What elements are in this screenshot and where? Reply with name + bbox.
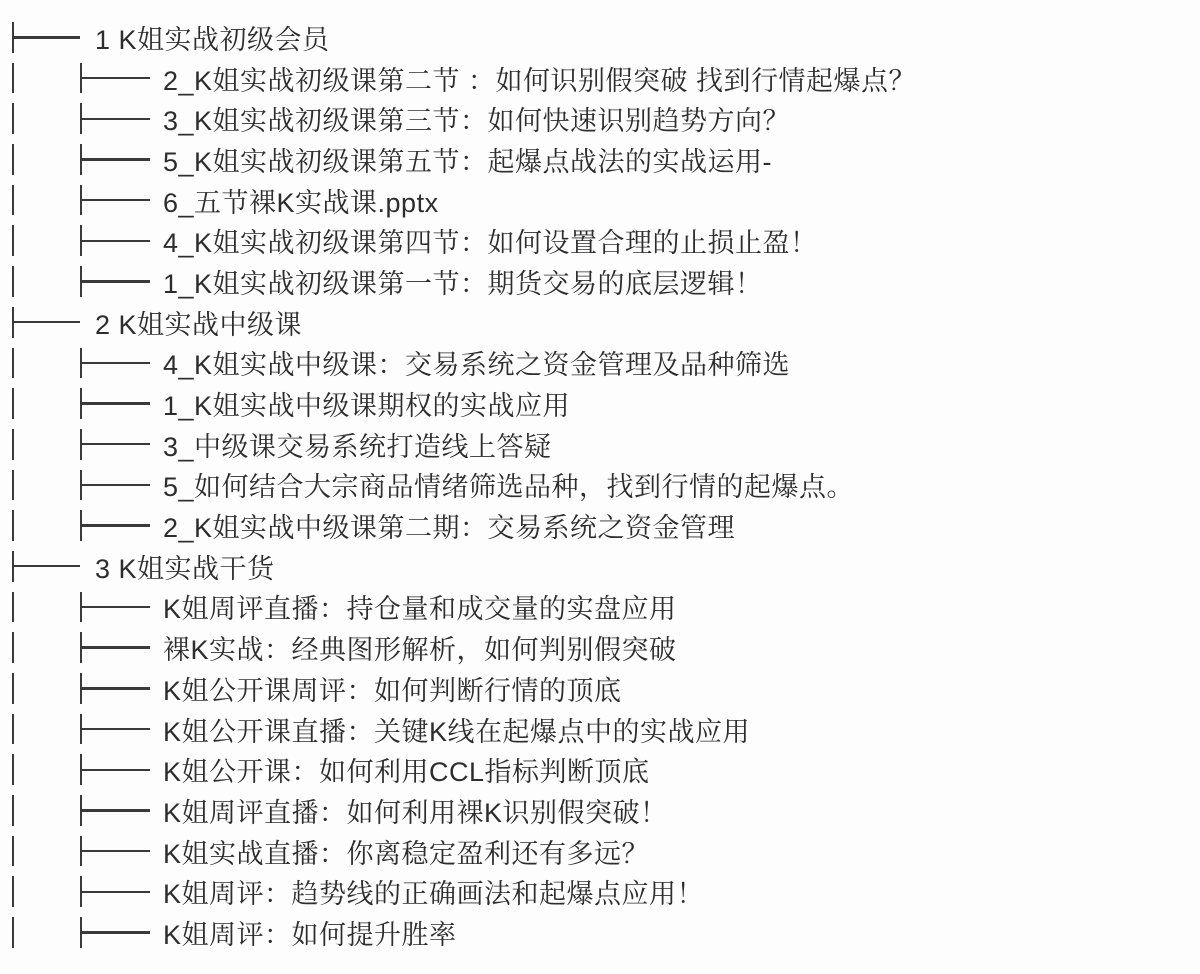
file-label: 2_K姐实战中级课第二期：交易系统之资金管理 [163,506,735,545]
tree-pipe-icon [12,876,14,907]
tree-branch-icon [80,795,82,826]
tree-branch-icon [80,876,82,907]
file-label: 1_K姐实战初级课第一节：期货交易的底层逻辑！ [163,262,763,301]
tree-branch-icon [12,22,14,53]
tree-file-row: K姐公开课直播：关键K线在起爆点中的实战应用 [0,709,1200,750]
file-label: 4_K姐实战初级课第四节：如何设置合理的止损止盈！ [163,221,818,260]
tree-pipe-icon [12,185,14,216]
tree-branch-icon [80,103,82,134]
tree-file-row: 4_K姐实战中级课：交易系统之资金管理及品种筛选 [0,343,1200,384]
file-tree: 1 K姐实战初级会员 2_K姐实战初级课第二节 ：如何识别假突破 找到行情起爆点… [0,0,1200,953]
folder-label: 3 K姐实战干货 [95,547,275,586]
tree-pipe-icon [12,470,14,501]
tree-file-row: K姐周评直播：如何利用裸K识别假突破！ [0,790,1200,831]
tree-file-row: K姐周评：如何提升胜率 [0,912,1200,953]
tree-branch-icon [80,266,82,297]
tree-file-row: 1_K姐实战初级课第一节：期货交易的底层逻辑！ [0,261,1200,302]
tree-pipe-icon [12,754,14,785]
tree-file-row: 5_K姐实战初级课第五节：起爆点战法的实战运用- [0,139,1200,180]
tree-pipe-icon [12,266,14,297]
file-label: K姐公开课：如何利用CCL指标判断顶底 [163,750,650,789]
tree-branch-icon [80,225,82,256]
tree-pipe-icon [12,714,14,745]
tree-file-row: 2_K姐实战初级课第二节 ：如何识别假突破 找到行情起爆点？ [0,58,1200,99]
file-label: 2_K姐实战初级课第二节 ：如何识别假突破 找到行情起爆点？ [163,59,916,98]
tree-pipe-icon [12,144,14,175]
tree-file-row: K姐周评直播：持仓量和成交量的实盘应用 [0,587,1200,628]
tree-branch-icon [80,510,82,541]
tree-pipe-icon [12,103,14,134]
tree-file-row: 3_中级课交易系统打造线上答疑 [0,424,1200,465]
file-label: K姐公开课直播：关键K线在起爆点中的实战应用 [163,710,750,749]
tree-file-row: 3_K姐实战初级课第三节：如何快速识别趋势方向？ [0,98,1200,139]
tree-file-row: K姐公开课：如何利用CCL指标判断顶底 [0,749,1200,790]
tree-branch-icon [80,714,82,745]
tree-pipe-icon [12,348,14,379]
tree-branch-icon [80,144,82,175]
tree-branch-icon [80,348,82,379]
file-label: 1_K姐实战中级课期权的实战应用 [163,384,570,423]
tree-file-row: K姐实战直播：你离稳定盈利还有多远？ [0,831,1200,872]
tree-branch-icon [12,551,14,582]
tree-pipe-icon [12,632,14,663]
file-label: 3_中级课交易系统打造线上答疑 [163,425,552,464]
file-label: 4_K姐实战中级课：交易系统之资金管理及品种筛选 [163,343,790,382]
tree-branch-icon [12,307,14,338]
folder-label: 1 K姐实战初级会员 [95,18,330,57]
tree-file-row: 5_如何结合大宗商品情绪筛选品种，找到行情的起爆点。 [0,465,1200,506]
tree-branch-icon [80,185,82,216]
file-label: K姐周评：趋势线的正确画法和起爆点应用！ [163,872,704,911]
file-label: K姐周评直播：持仓量和成交量的实盘应用 [163,587,677,626]
tree-folder-row: 2 K姐实战中级课 [0,302,1200,343]
tree-pipe-icon [12,917,14,948]
tree-folder-row: 3 K姐实战干货 [0,546,1200,587]
file-label: K姐实战直播：你离稳定盈利还有多远？ [163,832,649,871]
tree-branch-icon [80,63,82,94]
file-label: 6_五节裸K实战课.pptx [163,181,439,220]
tree-branch-icon [80,470,82,501]
tree-pipe-icon [12,592,14,623]
tree-branch-icon [80,917,82,948]
tree-branch-icon [80,754,82,785]
tree-branch-icon [80,673,82,704]
tree-file-row: 4_K姐实战初级课第四节：如何设置合理的止损止盈！ [0,220,1200,261]
file-label: K姐公开课周评：如何判断行情的顶底 [163,669,622,708]
tree-branch-icon [80,429,82,460]
tree-branch-icon [80,632,82,663]
file-label: K姐周评直播：如何利用裸K识别假突破！ [163,791,668,830]
tree-pipe-icon [12,673,14,704]
file-label: 3_K姐实战初级课第三节：如何快速识别趋势方向？ [163,99,790,138]
file-label: K姐周评：如何提升胜率 [163,913,457,952]
file-label: 裸K实战：经典图形解析，如何判别假突破 [163,628,677,667]
tree-branch-icon [80,836,82,867]
tree-pipe-icon [12,225,14,256]
tree-file-row: K姐周评：趋势线的正确画法和起爆点应用！ [0,871,1200,912]
tree-pipe-icon [12,388,14,419]
file-label: 5_K姐实战初级课第五节：起爆点战法的实战运用- [163,140,772,179]
tree-pipe-icon [12,63,14,94]
tree-file-row: 2_K姐实战中级课第二期：交易系统之资金管理 [0,505,1200,546]
tree-folder-row: 1 K姐实战初级会员 [0,17,1200,58]
tree-file-row: 1_K姐实战中级课期权的实战应用 [0,383,1200,424]
tree-pipe-icon [12,429,14,460]
tree-pipe-icon [12,510,14,541]
tree-file-row: 6_五节裸K实战课.pptx [0,180,1200,221]
tree-file-row: 裸K实战：经典图形解析，如何判别假突破 [0,627,1200,668]
tree-pipe-icon [12,836,14,867]
folder-label: 2 K姐实战中级课 [95,303,302,342]
tree-pipe-icon [12,795,14,826]
tree-branch-icon [80,592,82,623]
tree-branch-icon [80,388,82,419]
file-label: 5_如何结合大宗商品情绪筛选品种，找到行情的起爆点。 [163,465,854,504]
tree-file-row: K姐公开课周评：如何判断行情的顶底 [0,668,1200,709]
